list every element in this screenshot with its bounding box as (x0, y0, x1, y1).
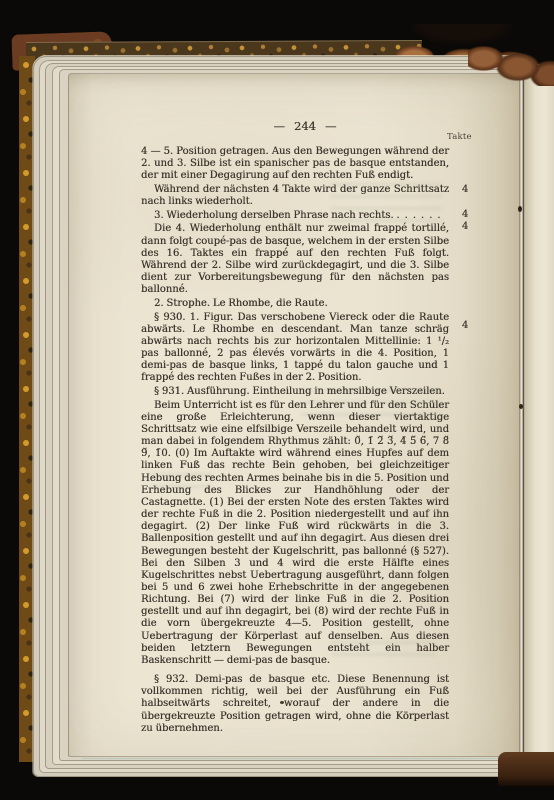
takte-column-label: Takte (447, 132, 487, 142)
header-dash-right: — (325, 119, 337, 133)
paragraph: 3. Wiederholung derselben Phrase nach re… (141, 210, 449, 222)
takte-value: 4 (455, 221, 475, 232)
takte-value: 4 (455, 184, 475, 195)
page-number: 244 (294, 119, 316, 133)
page-header: —244— (155, 119, 455, 133)
page-text: 4 — 5. Position getragen. Aus den Bewegu… (141, 146, 449, 736)
paragraph: § 930. 1. Figur. Das verschobene Viereck… (141, 312, 449, 385)
paragraph: § 932. Demi-pas de basque etc. Diese Ben… (141, 674, 449, 735)
page-content: —244— Takte 4 4 4 4 4 — 5. Position getr… (0, 0, 554, 800)
takte-value: 4 (455, 209, 475, 220)
paragraph: 4 — 5. Position getragen. Aus den Bewegu… (141, 146, 449, 182)
takte-value: 4 (455, 320, 475, 331)
header-dash-left: — (274, 119, 286, 133)
paragraph: 2. Strophe. Le Rhombe, die Raute. (141, 298, 449, 310)
photo-background: —244— Takte 4 4 4 4 4 — 5. Position getr… (0, 0, 554, 800)
paragraph: Während der nächsten 4 Takte wird der ga… (141, 184, 449, 208)
paragraph: § 931. Ausführung. Eintheilung in mehrsi… (141, 386, 449, 398)
paragraph: Beim Unterricht ist es für den Lehrer un… (141, 400, 449, 667)
paragraph: Die 4. Wiederholung enthält nur zweimal … (141, 223, 449, 296)
